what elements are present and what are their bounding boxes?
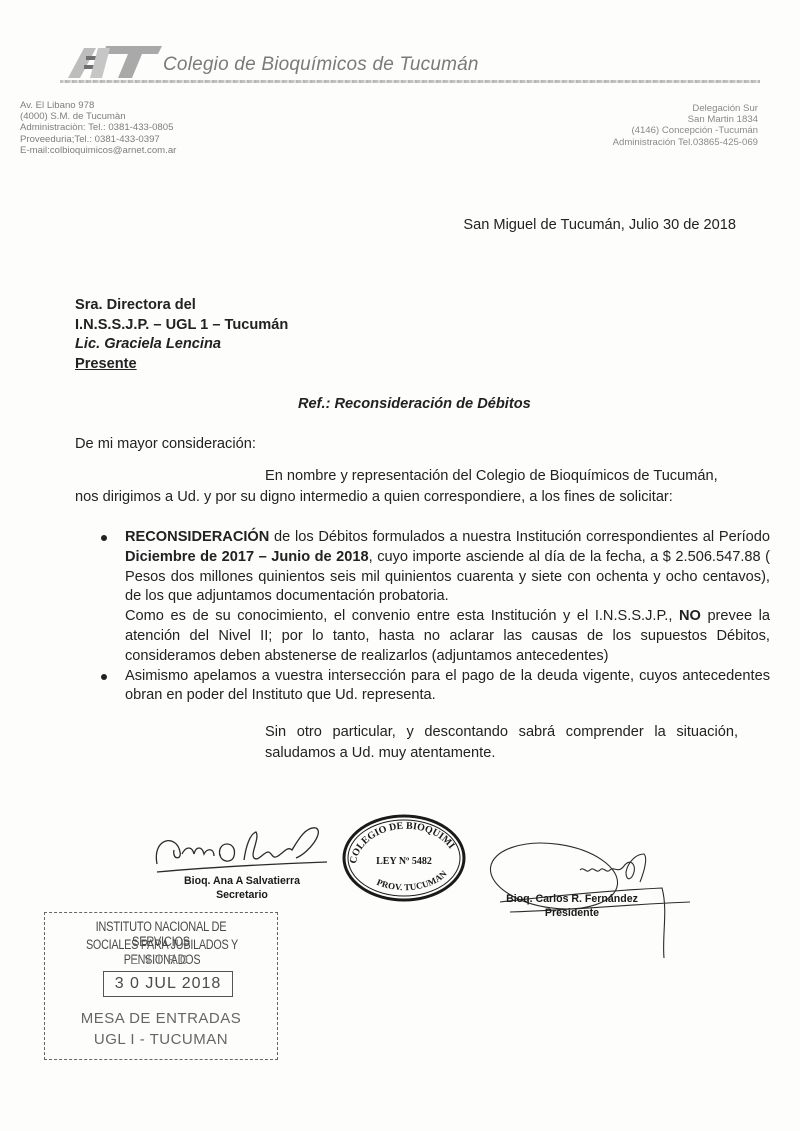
organization-name: Colegio de Bioquímicos de Tucumán bbox=[163, 54, 479, 76]
addressee-name: Lic. Graciela Lencina bbox=[75, 335, 288, 355]
request-list: RECONSIDERACIÓN de los Débitos formulado… bbox=[95, 528, 770, 706]
stamp-entry-label: ENTRO bbox=[45, 953, 277, 969]
stamp-office-line: MESA DE ENTRADAS bbox=[45, 1010, 277, 1027]
address-line: San Martin 1834 bbox=[613, 114, 758, 125]
request-item-payment: Asimismo apelamos a vuestra intersección… bbox=[125, 667, 770, 707]
address-line: (4000) S.M. de Tucumàn bbox=[20, 111, 176, 122]
closing-paragraph: Sin otro particular, y descontando sabrá… bbox=[75, 722, 738, 763]
president-name: Bioq. Carlos R. Fernández bbox=[498, 892, 646, 906]
addressee-institution: I.N.S.S.J.P. – UGL 1 – Tucumán bbox=[75, 316, 288, 336]
stamp-date: 3 0 JUL 2018 bbox=[103, 971, 233, 997]
bullet-icon bbox=[101, 535, 107, 541]
salutation: De mi mayor consideración: bbox=[75, 436, 256, 452]
address-line: Administración Tel.03865-425-069 bbox=[613, 137, 758, 148]
president-signature-block: Bioq. Carlos R. Fernández Presidente bbox=[498, 892, 646, 920]
intro-line-1: En nombre y representación del Colegio d… bbox=[75, 466, 738, 487]
secretary-signature-block: Bioq. Ana A Salvatierra Secretario bbox=[183, 874, 301, 902]
header-divider bbox=[60, 80, 760, 83]
addressee-block: Sra. Directora del I.N.S.S.J.P. – UGL 1 … bbox=[75, 296, 288, 374]
secretary-role: Secretario bbox=[183, 888, 301, 902]
head-office-address: Av. El Libano 978 (4000) S.M. de Tucumàn… bbox=[20, 100, 176, 156]
item-text: de los Débitos formulados a nuestra Inst… bbox=[269, 529, 770, 545]
address-line: Administraciòn: Tel.: 0381-433-0805 bbox=[20, 122, 176, 133]
cbt-logo-icon bbox=[62, 40, 162, 80]
seal-center-text: LEY Nº 5482 bbox=[376, 856, 432, 867]
president-role: Presidente bbox=[498, 906, 646, 920]
reference-line: Ref.: Reconsideración de Débitos bbox=[298, 396, 531, 412]
south-delegation-address: Delegación Sur San Martin 1834 (4146) Co… bbox=[613, 103, 758, 148]
address-line: Delegación Sur bbox=[613, 103, 758, 114]
signature-scribble-secretary bbox=[152, 812, 327, 882]
bold-lead: RECONSIDERACIÓN bbox=[125, 529, 269, 545]
agreement-text: Como es de su conocimiento, el convenio … bbox=[125, 608, 679, 624]
stamp-ugl-line: UGL I - TUCUMAN bbox=[45, 1031, 277, 1048]
no-emphasis: NO bbox=[679, 608, 701, 624]
addressee-presente: Presente bbox=[75, 355, 288, 375]
addressee-title: Sra. Directora del bbox=[75, 296, 288, 316]
intro-line-2: nos dirigimos a Ud. y por su digno inter… bbox=[75, 487, 738, 508]
received-stamp: INSTITUTO NACIONAL DE SERVICIOS SOCIALES… bbox=[44, 912, 278, 1060]
secretary-name: Bioq. Ana A Salvatierra bbox=[183, 874, 301, 888]
college-seal: COLEGIO DE BIOQUIMICOS LEY Nº 5482 PROV.… bbox=[340, 812, 468, 904]
closing-text: Sin otro particular, y descontando sabrá… bbox=[75, 722, 738, 763]
payment-text: Asimismo apelamos a vuestra intersección… bbox=[125, 668, 770, 704]
address-line: Proveeduria;Tel.: 0381-433-0397 bbox=[20, 134, 176, 145]
bullet-icon bbox=[101, 674, 107, 680]
address-line: Av. El Libano 978 bbox=[20, 100, 176, 111]
email-line: E-mail:colbioquimicos@arnet.com.ar bbox=[20, 145, 176, 156]
request-item-reconsideration: RECONSIDERACIÓN de los Débitos formulado… bbox=[125, 528, 770, 667]
address-line: (4146) Concepción -Tucumán bbox=[613, 125, 758, 136]
intro-paragraph: En nombre y representación del Colegio d… bbox=[75, 466, 738, 507]
place-and-date: San Miguel de Tucumán, Julio 30 de 2018 bbox=[463, 217, 736, 233]
period-text: Diciembre de 2017 – Junio de 2018 bbox=[125, 549, 369, 565]
